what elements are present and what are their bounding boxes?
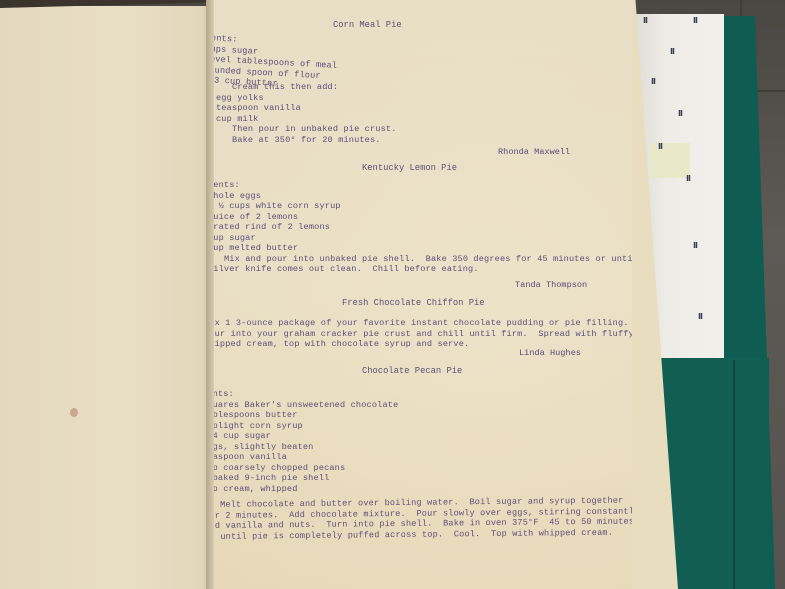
recipe-title: Corn Meal Pie: [333, 20, 402, 30]
ingredient-list: ients: squares Baker's unsweetened choco…: [212, 389, 398, 494]
ingredient-line: cuplight corn syrup: [212, 421, 398, 432]
book-gutter: [206, 0, 214, 589]
insert-pattern-mark: II: [698, 313, 706, 321]
ingredient-line: cup cream, whipped: [212, 484, 398, 495]
directions-line: Mix 1 3-ounce package of your favorite i…: [212, 318, 632, 329]
instruction-line: Then pour in unbaked pie crust.: [216, 124, 397, 135]
insert-pattern-mark: II: [643, 17, 651, 25]
ingredient-line: juice of 2 lemons: [212, 212, 632, 223]
ingredient-line: egg yolks: [216, 93, 397, 104]
directions-line: Pour into your graham cracker pie crust …: [212, 329, 632, 340]
ingredient-list: ients: whole eggs 1 ½ cups white corn sy…: [212, 180, 632, 275]
ingredient-line: unbaked 9-inch pie shell: [212, 473, 398, 484]
insert-pattern-mark: II: [651, 78, 659, 86]
directions-line: Mix and pour into unbaked pie shell. Bak…: [212, 254, 632, 265]
ingredients-label: ients:: [212, 180, 632, 191]
ingredient-line: teaspoon vanilla: [212, 452, 398, 463]
insert-pattern-mark: II: [678, 110, 686, 118]
recipe-title: Fresh Chocolate Chiffon Pie: [342, 298, 485, 308]
ingredient-line: cup melted butter: [212, 243, 632, 254]
recipe-title: Chocolate Pecan Pie: [362, 366, 462, 376]
ingredient-line: whole eggs: [212, 191, 632, 202]
ingredient-line: teaspoon vanilla: [216, 103, 397, 114]
sticky-note: [650, 143, 690, 178]
ingredient-line: tablespoons butter: [212, 410, 398, 421]
page-stain: [70, 408, 78, 417]
ingredients-label: ients:: [212, 389, 398, 400]
insert-pattern-mark: II: [693, 17, 701, 25]
instruction-line: Bake at 350° for 20 minutes.: [216, 135, 397, 146]
insert-pattern-mark: II: [658, 143, 666, 151]
left-page: [0, 6, 212, 589]
ingredient-line: cup milk: [216, 114, 397, 125]
folder-seam: [733, 360, 735, 589]
ingredient-list-continued: Cream this then add: egg yolks teaspoon …: [216, 82, 397, 145]
ingredient-line: squares Baker's unsweetened chocolate: [212, 400, 398, 411]
recipe-page: Corn Meal Pie ients: cups sugar level ta…: [212, 0, 632, 589]
directions: Melt chocolate and butter over boiling w…: [212, 495, 632, 542]
recipe-title: Kentucky Lemon Pie: [362, 163, 457, 173]
ingredient-line: 1 ½ cups white corn syrup: [212, 201, 632, 212]
instruction-line: Cream this then add:: [216, 82, 397, 93]
ingredient-line: cup sugar: [212, 233, 632, 244]
recipe-author: Rhonda Maxwell: [498, 147, 570, 157]
insert-pattern-mark: II: [670, 48, 678, 56]
insert-pattern-mark: II: [693, 242, 701, 250]
insert-pattern-mark: II: [686, 175, 694, 183]
ingredient-line: grated rind of 2 lemons: [212, 222, 632, 233]
ingredient-line: eggs, slightly beaten: [212, 442, 398, 453]
ingredient-line: cup coarsely chopped pecans: [212, 463, 398, 474]
recipe-author: Tanda Thompson: [515, 280, 587, 290]
ingredient-line: 1/4 cup sugar: [212, 431, 398, 442]
recipe-author: Linda Hughes: [519, 348, 581, 358]
directions-line: silver knife comes out clean. Chill befo…: [212, 264, 632, 275]
directions: Mix 1 3-ounce package of your favorite i…: [212, 318, 632, 350]
